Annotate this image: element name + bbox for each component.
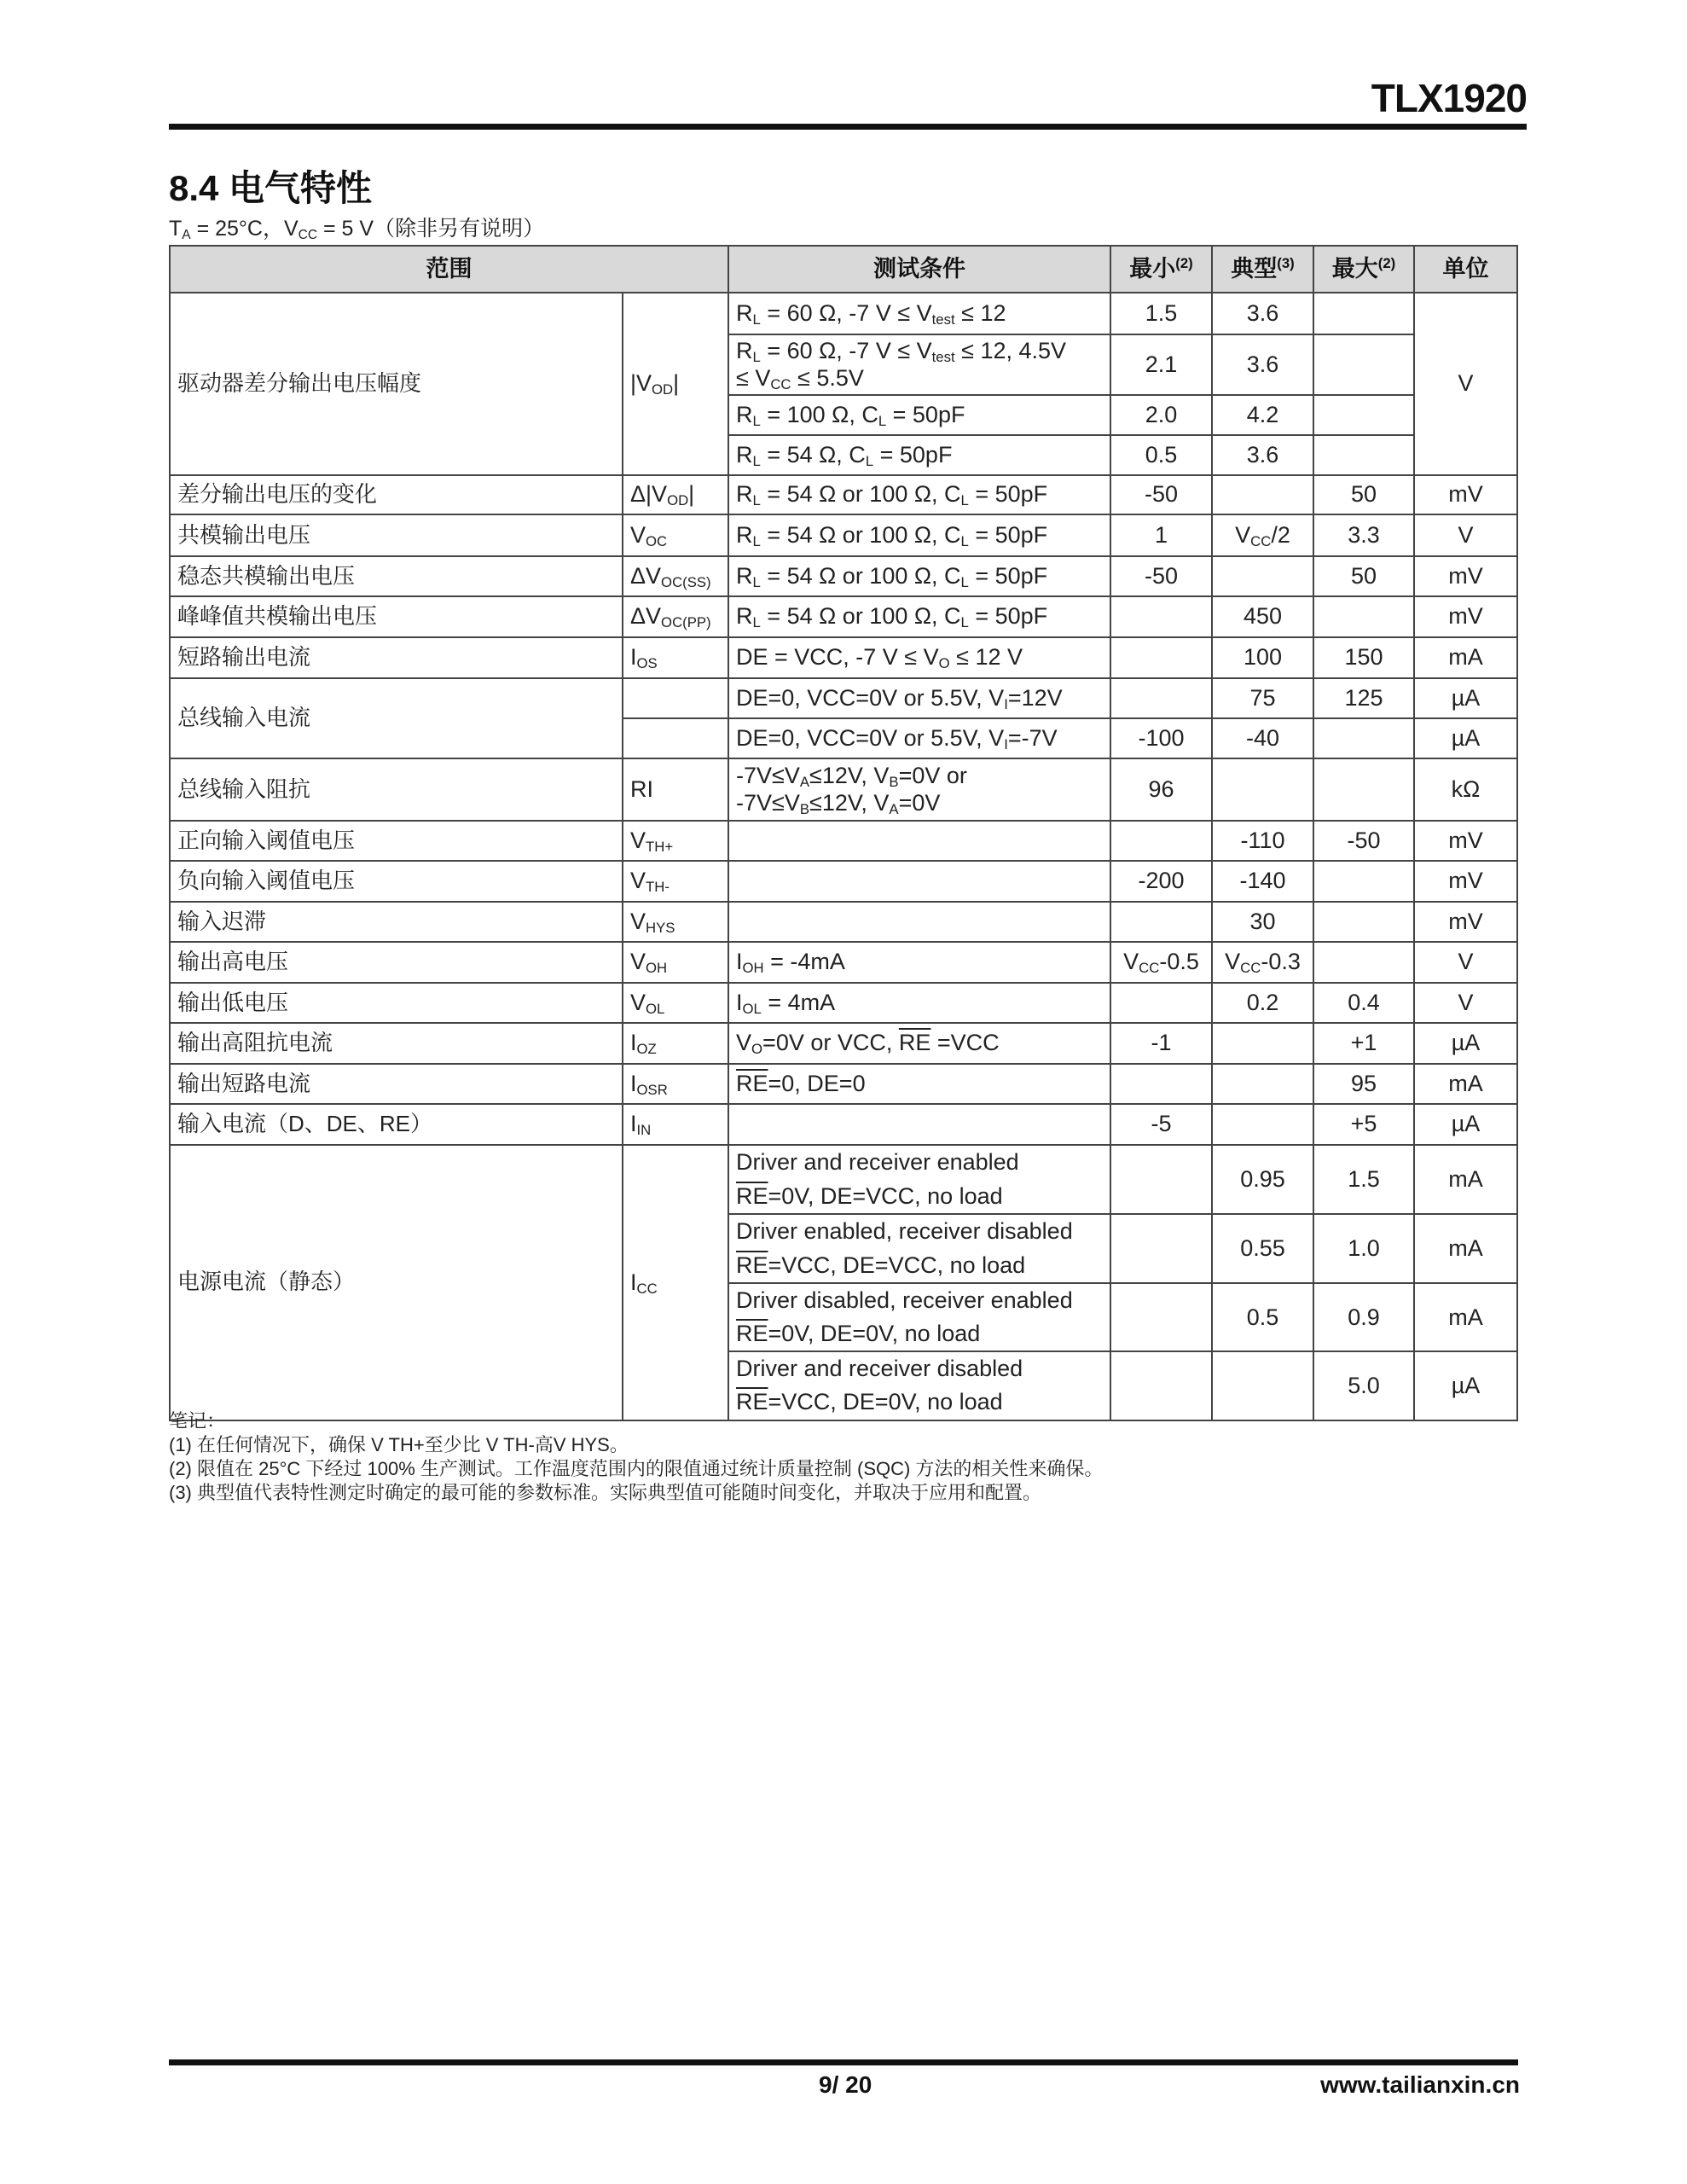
- table-row: 电源电流（静态） ICC Driver and receiver enabled…: [170, 1145, 1517, 1214]
- typ-value: 3.6: [1212, 293, 1313, 334]
- min-value: [1110, 1214, 1212, 1283]
- param-name: 输出短路电流: [170, 1064, 623, 1104]
- unit: V: [1414, 293, 1517, 475]
- notes-heading: 笔记：: [169, 1409, 1103, 1433]
- test-condition: RL = 60 Ω, -7 V ≤ Vtest ≤ 12, 4.5V≤ VCC …: [728, 334, 1110, 395]
- unit: kΩ: [1414, 758, 1517, 821]
- min-value: [1110, 678, 1212, 718]
- symbol: VTH-: [623, 861, 728, 902]
- table-row: 共模输出电压 VOC RL = 54 Ω or 100 Ω, CL = 50pF…: [170, 514, 1517, 556]
- test-condition: [728, 1104, 1110, 1145]
- param-name: 输出高电压: [170, 942, 623, 983]
- symbol: RI: [623, 758, 728, 821]
- min-value: [1110, 1351, 1212, 1420]
- electrical-characteristics-table: 范围 测试条件 最小(2) 典型(3) 最大(2) 单位 驱动器差分输出电压幅度…: [169, 245, 1518, 1421]
- symbol: VOH: [623, 942, 728, 983]
- typ-value: 3.6: [1212, 334, 1313, 395]
- typ-value: -110: [1212, 821, 1313, 861]
- table-row: 差分输出电压的变化 Δ|VOD| RL = 54 Ω or 100 Ω, CL …: [170, 475, 1517, 514]
- unit: mV: [1414, 902, 1517, 942]
- header-typ: 典型(3): [1212, 246, 1313, 293]
- symbol: ΔVOC(PP): [623, 596, 728, 637]
- test-conditions-note: TA = 25°C，VCC = 5 V（除非另有说明）: [169, 212, 544, 242]
- typ-value: 0.2: [1212, 983, 1313, 1023]
- max-value: 1.0: [1313, 1214, 1414, 1283]
- symbol: IOS: [623, 637, 728, 678]
- unit: µA: [1414, 678, 1517, 718]
- test-condition: DE = VCC, -7 V ≤ VO ≤ 12 V: [728, 637, 1110, 678]
- min-value: -5: [1110, 1104, 1212, 1145]
- param-name: 总线输入阻抗: [170, 758, 623, 821]
- symbol: VOL: [623, 983, 728, 1023]
- unit: µA: [1414, 718, 1517, 758]
- note-2: (2) 限值在 25°C 下经过 100% 生产测试。工作温度范围内的限值通过统…: [169, 1457, 1103, 1481]
- table-row: 总线输入电流 DE=0, VCC=0V or 5.5V, VI=12V 75 1…: [170, 678, 1517, 718]
- unit: µA: [1414, 1023, 1517, 1064]
- max-value: 5.0: [1313, 1351, 1414, 1420]
- min-value: [1110, 1064, 1212, 1104]
- min-value: 96: [1110, 758, 1212, 821]
- unit: mV: [1414, 861, 1517, 902]
- symbol: ΔVOC(SS): [623, 556, 728, 596]
- param-name: 负向输入阈值电压: [170, 861, 623, 902]
- max-value: 1.5: [1313, 1145, 1414, 1214]
- table-row: 稳态共模输出电压 ΔVOC(SS) RL = 54 Ω or 100 Ω, CL…: [170, 556, 1517, 596]
- max-value: [1313, 718, 1414, 758]
- min-value: [1110, 596, 1212, 637]
- param-name: 输出低电压: [170, 983, 623, 1023]
- table-row: 输出高阻抗电流 IOZ VO=0V or VCC, RE =VCC -1 +1 …: [170, 1023, 1517, 1064]
- max-value: 50: [1313, 475, 1414, 514]
- table-row: 短路输出电流 IOS DE = VCC, -7 V ≤ VO ≤ 12 V 10…: [170, 637, 1517, 678]
- unit: mA: [1414, 1145, 1517, 1214]
- symbol: VHYS: [623, 902, 728, 942]
- min-value: VCC-0.5: [1110, 942, 1212, 983]
- test-condition: RL = 54 Ω, CL = 50pF: [728, 435, 1110, 475]
- symbol: IOSR: [623, 1064, 728, 1104]
- typ-value: 3.6: [1212, 435, 1313, 475]
- website-link[interactable]: www.tailianxin.cn: [1320, 2071, 1520, 2099]
- table-row: 总线输入阻抗 RI -7V≤VA≤12V, VB=0V or-7V≤VB≤12V…: [170, 758, 1517, 821]
- param-name: 输出高阻抗电流: [170, 1023, 623, 1064]
- test-condition: RL = 54 Ω or 100 Ω, CL = 50pF: [728, 514, 1110, 556]
- notes-section: 笔记： (1) 在任何情况下，确保 V TH+至少比 V TH-高V HYS。 …: [169, 1409, 1103, 1505]
- test-condition: RL = 54 Ω or 100 Ω, CL = 50pF: [728, 475, 1110, 514]
- table-header-row: 范围 测试条件 最小(2) 典型(3) 最大(2) 单位: [170, 246, 1517, 293]
- note-1: (1) 在任何情况下，确保 V TH+至少比 V TH-高V HYS。: [169, 1433, 1103, 1457]
- symbol: VOC: [623, 514, 728, 556]
- param-name: 差分输出电压的变化: [170, 475, 623, 514]
- max-value: 150: [1313, 637, 1414, 678]
- max-value: -50: [1313, 821, 1414, 861]
- max-value: [1313, 942, 1414, 983]
- typ-value: [1212, 475, 1313, 514]
- table-row: 输出短路电流 IOSR RE=0, DE=0 95 mA: [170, 1064, 1517, 1104]
- typ-value: VCC/2: [1212, 514, 1313, 556]
- min-value: [1110, 983, 1212, 1023]
- max-value: [1313, 395, 1414, 435]
- table-row: 输入电流（D、DE、RE） IIN -5 +5 µA: [170, 1104, 1517, 1145]
- typ-value: 4.2: [1212, 395, 1313, 435]
- min-value: [1110, 821, 1212, 861]
- param-name: 短路输出电流: [170, 637, 623, 678]
- max-value: [1313, 293, 1414, 334]
- typ-value: [1212, 758, 1313, 821]
- unit: mA: [1414, 1064, 1517, 1104]
- typ-value: 100: [1212, 637, 1313, 678]
- symbol: IOZ: [623, 1023, 728, 1064]
- min-value: 1: [1110, 514, 1212, 556]
- test-condition: RL = 60 Ω, -7 V ≤ Vtest ≤ 12: [728, 293, 1110, 334]
- test-condition: [728, 861, 1110, 902]
- test-condition: RL = 100 Ω, CL = 50pF: [728, 395, 1110, 435]
- param-name: 输入电流（D、DE、RE）: [170, 1104, 623, 1145]
- param-name: 正向输入阈值电压: [170, 821, 623, 861]
- max-value: [1313, 435, 1414, 475]
- header-test-conditions: 测试条件: [728, 246, 1110, 293]
- max-value: 3.3: [1313, 514, 1414, 556]
- header-unit: 单位: [1414, 246, 1517, 293]
- unit: µA: [1414, 1104, 1517, 1145]
- unit: mV: [1414, 475, 1517, 514]
- typ-value: [1212, 1351, 1313, 1420]
- min-value: 1.5: [1110, 293, 1212, 334]
- min-value: 2.0: [1110, 395, 1212, 435]
- section-title: 8.4 电气特性: [169, 160, 372, 212]
- test-condition: IOH = -4mA: [728, 942, 1110, 983]
- note-3: (3) 典型值代表特性测定时确定的最可能的参数标准。实际典型值可能随时间变化，并…: [169, 1481, 1103, 1505]
- max-value: 95: [1313, 1064, 1414, 1104]
- unit: V: [1414, 514, 1517, 556]
- typ-value: VCC-0.3: [1212, 942, 1313, 983]
- max-value: 50: [1313, 556, 1414, 596]
- unit: mA: [1414, 1214, 1517, 1283]
- unit: µA: [1414, 1351, 1517, 1420]
- unit: V: [1414, 942, 1517, 983]
- symbol: Δ|VOD|: [623, 475, 728, 514]
- typ-value: 75: [1212, 678, 1313, 718]
- unit: mV: [1414, 556, 1517, 596]
- min-value: -50: [1110, 556, 1212, 596]
- param-name: 输入迟滞: [170, 902, 623, 942]
- typ-value: -140: [1212, 861, 1313, 902]
- unit: V: [1414, 983, 1517, 1023]
- min-value: [1110, 1283, 1212, 1351]
- test-condition: DE=0, VCC=0V or 5.5V, VI=-7V: [728, 718, 1110, 758]
- test-condition: VO=0V or VCC, RE =VCC: [728, 1023, 1110, 1064]
- min-value: -100: [1110, 718, 1212, 758]
- symbol: VTH+: [623, 821, 728, 861]
- max-value: [1313, 758, 1414, 821]
- header-range: 范围: [170, 246, 728, 293]
- symbol: ICC: [623, 1145, 728, 1420]
- min-value: 0.5: [1110, 435, 1212, 475]
- max-value: 125: [1313, 678, 1414, 718]
- typ-value: [1212, 556, 1313, 596]
- footer-rule: [169, 2059, 1518, 2065]
- min-value: -1: [1110, 1023, 1212, 1064]
- symbol: |VOD|: [623, 293, 728, 475]
- typ-value: [1212, 1023, 1313, 1064]
- table-row: 正向输入阈值电压 VTH+ -110 -50 mV: [170, 821, 1517, 861]
- typ-value: 0.95: [1212, 1145, 1313, 1214]
- table-row: 负向输入阈值电压 VTH- -200 -140 mV: [170, 861, 1517, 902]
- test-condition: RL = 54 Ω or 100 Ω, CL = 50pF: [728, 556, 1110, 596]
- header-max: 最大(2): [1313, 246, 1414, 293]
- unit: mV: [1414, 821, 1517, 861]
- header-rule: [169, 124, 1527, 130]
- max-value: [1313, 596, 1414, 637]
- unit: mV: [1414, 596, 1517, 637]
- min-value: 2.1: [1110, 334, 1212, 395]
- table-row: 驱动器差分输出电压幅度 |VOD| RL = 60 Ω, -7 V ≤ Vtes…: [170, 293, 1517, 334]
- min-value: [1110, 1145, 1212, 1214]
- max-value: [1313, 334, 1414, 395]
- test-condition: DE=0, VCC=0V or 5.5V, VI=12V: [728, 678, 1110, 718]
- table-row: 输入迟滞 VHYS 30 mV: [170, 902, 1517, 942]
- typ-value: 0.5: [1212, 1283, 1313, 1351]
- test-condition: Driver disabled, receiver enabledRE=0V, …: [728, 1283, 1110, 1351]
- param-name: 电源电流（静态）: [170, 1145, 623, 1420]
- min-value: -50: [1110, 475, 1212, 514]
- typ-value: 0.55: [1212, 1214, 1313, 1283]
- param-name: 驱动器差分输出电压幅度: [170, 293, 623, 475]
- test-condition: Driver and receiver enabledRE=0V, DE=VCC…: [728, 1145, 1110, 1214]
- min-value: [1110, 902, 1212, 942]
- max-value: 0.9: [1313, 1283, 1414, 1351]
- min-value: [1110, 637, 1212, 678]
- table-row: 输出高电压 VOH IOH = -4mA VCC-0.5 VCC-0.3 V: [170, 942, 1517, 983]
- test-condition: RE=0, DE=0: [728, 1064, 1110, 1104]
- min-value: -200: [1110, 861, 1212, 902]
- typ-value: 30: [1212, 902, 1313, 942]
- param-name: 稳态共模输出电压: [170, 556, 623, 596]
- typ-value: [1212, 1104, 1313, 1145]
- test-condition: Driver enabled, receiver disabledRE=VCC,…: [728, 1214, 1110, 1283]
- table-row: 输出低电压 VOL IOL = 4mA 0.2 0.4 V: [170, 983, 1517, 1023]
- max-value: +1: [1313, 1023, 1414, 1064]
- symbol: IIN: [623, 1104, 728, 1145]
- unit: mA: [1414, 637, 1517, 678]
- symbol: [623, 718, 728, 758]
- test-condition: RL = 54 Ω or 100 Ω, CL = 50pF: [728, 596, 1110, 637]
- test-condition: -7V≤VA≤12V, VB=0V or-7V≤VB≤12V, VA=0V: [728, 758, 1110, 821]
- unit: mA: [1414, 1283, 1517, 1351]
- max-value: [1313, 902, 1414, 942]
- typ-value: -40: [1212, 718, 1313, 758]
- max-value: 0.4: [1313, 983, 1414, 1023]
- test-condition: [728, 902, 1110, 942]
- header-min: 最小(2): [1110, 246, 1212, 293]
- typ-value: [1212, 1064, 1313, 1104]
- param-name: 共模输出电压: [170, 514, 623, 556]
- param-name: 峰峰值共模输出电压: [170, 596, 623, 637]
- page-number: 9/ 20: [819, 2071, 872, 2099]
- max-value: [1313, 861, 1414, 902]
- table-row: 峰峰值共模输出电压 ΔVOC(PP) RL = 54 Ω or 100 Ω, C…: [170, 596, 1517, 637]
- typ-value: 450: [1212, 596, 1313, 637]
- test-condition: IOL = 4mA: [728, 983, 1110, 1023]
- max-value: +5: [1313, 1104, 1414, 1145]
- document-title: TLX1920: [1371, 75, 1527, 121]
- param-name: 总线输入电流: [170, 678, 623, 758]
- symbol: [623, 678, 728, 718]
- test-condition: [728, 821, 1110, 861]
